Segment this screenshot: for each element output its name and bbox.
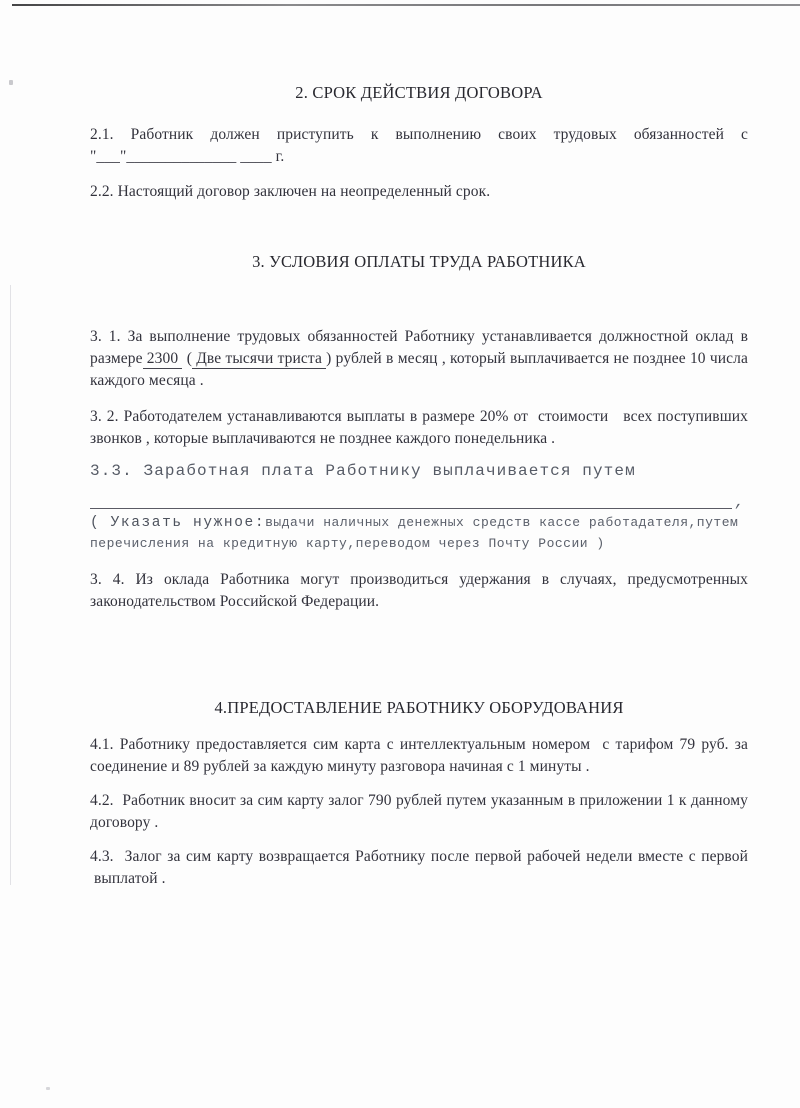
paragraph-3-3: 3.3. Заработная плата Работнику выплачив… (90, 459, 748, 483)
payment-method-blank-row: , (90, 495, 748, 509)
paragraph-3-2: 3. 2. Работодателем устанавливаются выпл… (90, 406, 748, 450)
paragraph-4-1: 4.1. Работнику предоставляется сим карта… (90, 734, 748, 778)
paragraph-3-1-open-paren: ( (182, 350, 192, 367)
salary-amount-field: 2300 (143, 350, 183, 369)
date-blank-line: "___"______________ ____ г. (90, 148, 284, 165)
section-2-title: 2. СРОК ДЕЙСТВИЯ ДОГОВОРА (90, 82, 748, 104)
paragraph-4-3: 4.3. Залог за сим карту возвращается Раб… (90, 846, 748, 890)
salary-amount-words-field: Две тысячи триста (192, 350, 326, 369)
scan-speck (46, 1087, 50, 1090)
paragraph-2-1-text: 2.1. Работник должен приступить к выполн… (90, 126, 748, 143)
payment-method-blank-line (90, 495, 732, 509)
payment-method-hint: ( Указать нужное:выдачи наличных денежны… (90, 512, 748, 553)
document-content: 2. СРОК ДЕЙСТВИЯ ДОГОВОРА 2.1. Работник … (90, 0, 748, 890)
section-3-title: 3. УСЛОВИЯ ОПЛАТЫ ТРУДА РАБОТНИКА (90, 251, 748, 273)
payment-method-comma: , (734, 496, 746, 509)
paragraph-4-2: 4.2. Работник вносит за сим карту залог … (90, 790, 748, 834)
hint-lead: ( Указать нужное: (90, 515, 265, 531)
scan-left-edge-artifact (10, 285, 11, 885)
section-4-title: 4.ПРЕДОСТАВЛЕНИЕ РАБОТНИКУ ОБОРУДОВАНИЯ (90, 697, 748, 719)
scanned-contract-page: 2. СРОК ДЕЙСТВИЯ ДОГОВОРА 2.1. Работник … (0, 0, 800, 1108)
hint-option-line-1: выдачи наличных денежных средств кассе р… (265, 515, 738, 530)
paragraph-3-4: 3. 4. Из оклада Работника могут производ… (90, 569, 748, 613)
hint-option-line-2: перечисления на кредитную карту,переводо… (90, 536, 605, 551)
scan-speck (9, 80, 13, 85)
paragraph-3-1: 3. 1. За выполнение трудовых обязанносте… (90, 326, 748, 392)
paragraph-2-2: 2.2. Настоящий договор заключен на неопр… (90, 181, 748, 203)
paragraph-2-1: 2.1. Работник должен приступить к выполн… (90, 124, 748, 168)
